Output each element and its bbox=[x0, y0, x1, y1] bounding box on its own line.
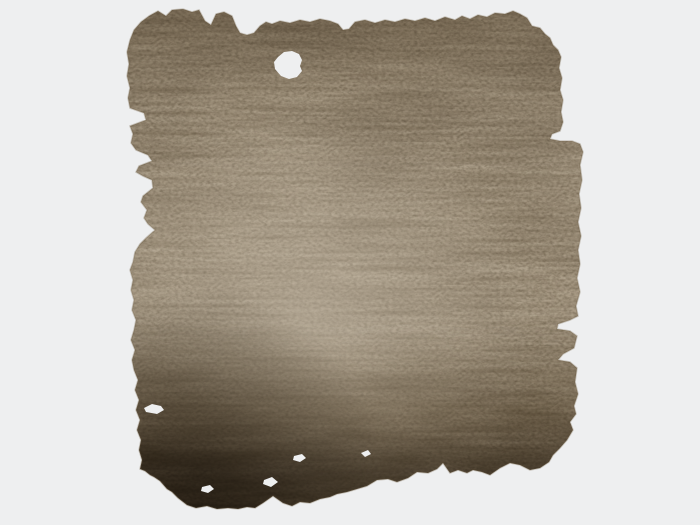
papyrus-photo: Blank torn papyrus fragment with ragged … bbox=[0, 0, 700, 525]
papyrus-fragment bbox=[110, 0, 600, 525]
photo-canvas: Blank torn papyrus fragment with ragged … bbox=[0, 0, 700, 525]
papyrus-corner-shadow bbox=[110, 0, 600, 525]
